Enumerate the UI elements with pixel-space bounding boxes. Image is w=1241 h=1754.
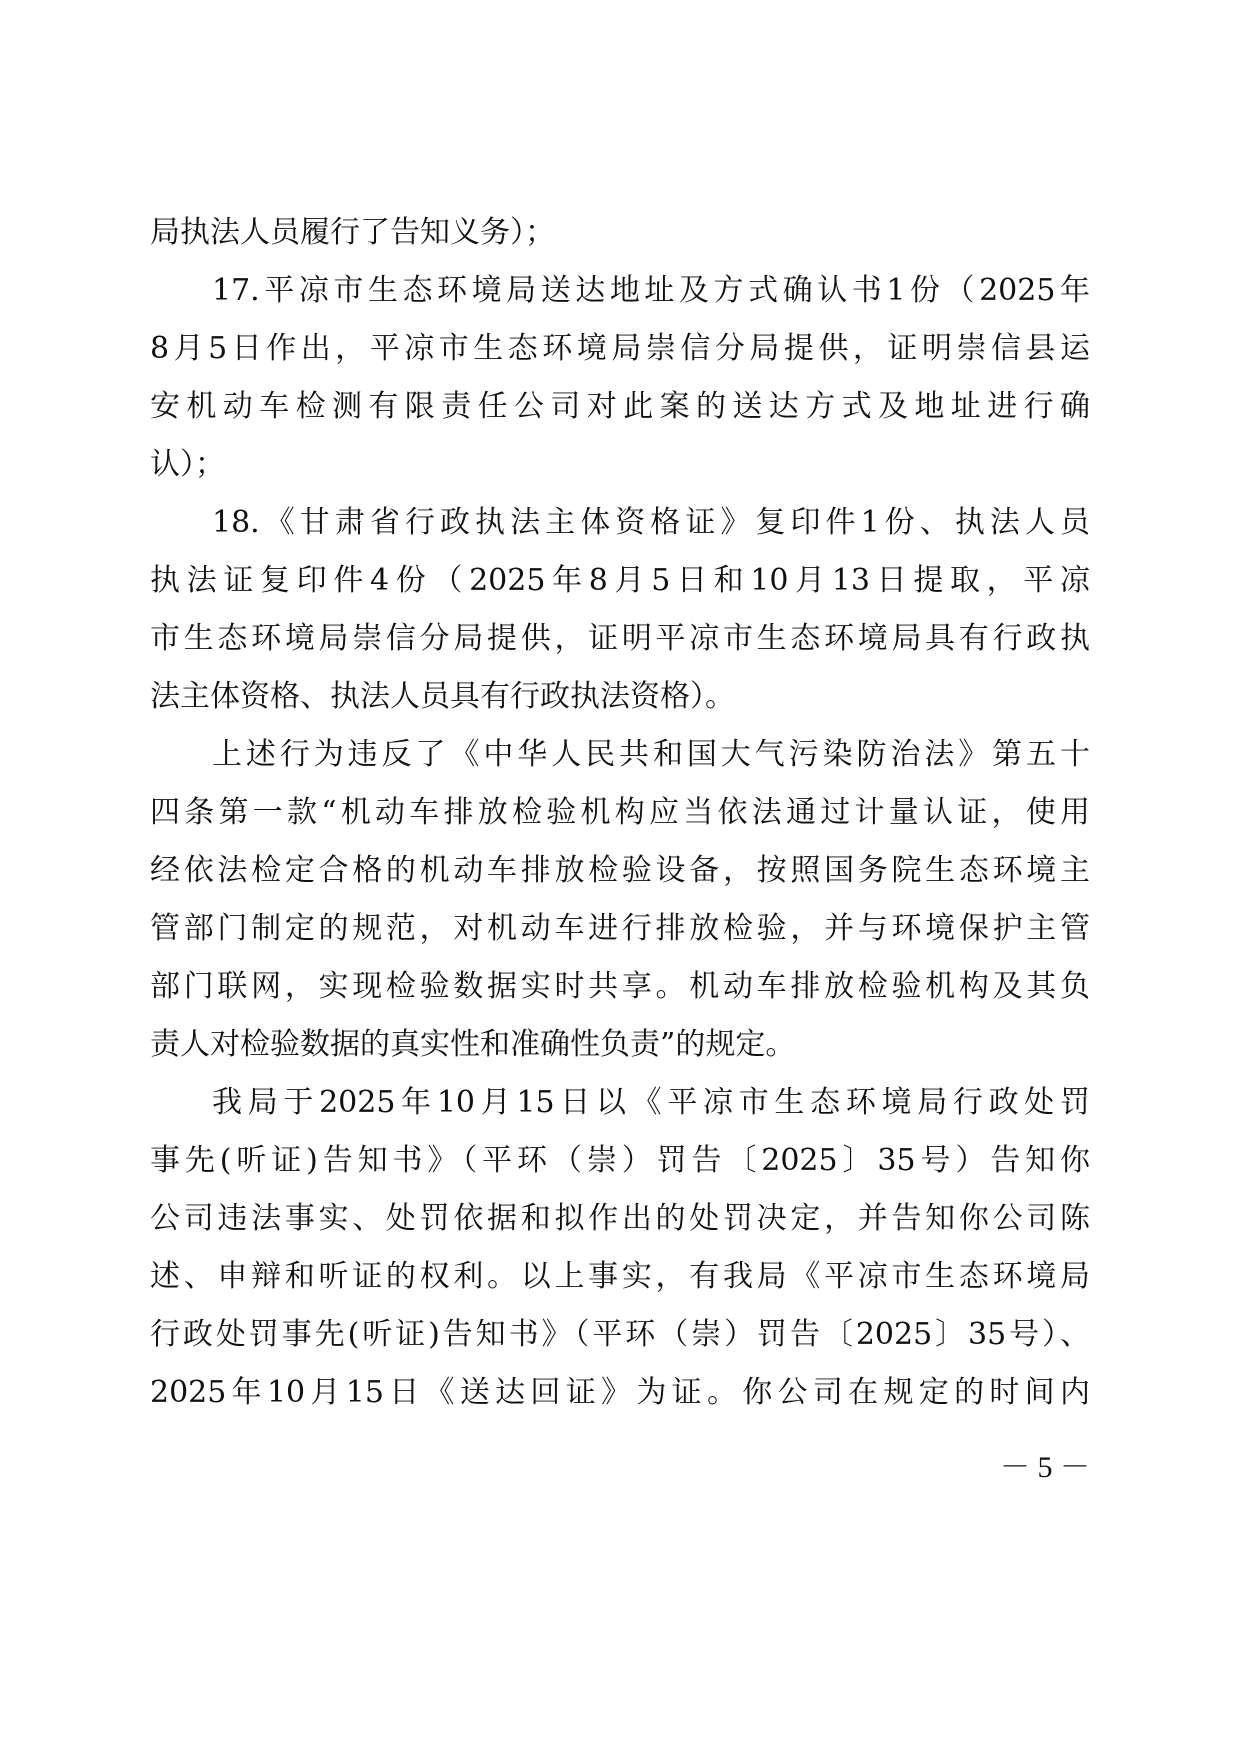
evidence-item-17-line: 17.平凉市生态环境局送达地址及方式确认书1份（2025年 — [212, 266, 1090, 316]
violation-paragraph-line: 责人对检验数据的真实性和准确性负责”的规定。 — [150, 1020, 1090, 1070]
evidence-item-18-line: 18.《甘肃省行政执法主体资格证》复印件1份、执法人员 — [212, 498, 1090, 548]
notice-paragraph-line: 述、申辩和听证的权利。以上事实，有我局《平凉市生态环境局 — [150, 1252, 1090, 1302]
notice-paragraph-line: 公司违法事实、处罚依据和拟作出的处罚决定，并告知你公司陈 — [150, 1194, 1090, 1244]
evidence-item-18-line: 执法证复印件4份（2025年8月5日和10月13日提取，平凉 — [150, 556, 1090, 606]
page-number: － 5 － — [1000, 1448, 1100, 1488]
violation-paragraph-line: 四条第一款“机动车排放检验机构应当依法通过计量认证，使用 — [150, 788, 1090, 838]
notice-paragraph-line: 2025年10月15日《送达回证》为证。你公司在规定的时间内 — [150, 1368, 1090, 1418]
evidence-item-17-line: 认）； — [150, 440, 1090, 490]
notice-paragraph-line: 事先(听证)告知书》（平环（崇）罚告〔2025〕35号）告知你 — [150, 1136, 1090, 1186]
violation-paragraph-line: 上述行为违反了《中华人民共和国大气污染防治法》第五十 — [212, 730, 1090, 780]
violation-paragraph-line: 经依法检定合格的机动车排放检验设备，按照国务院生态环境主 — [150, 846, 1090, 896]
evidence-item-17-line: 8月5日作出，平凉市生态环境局崇信分局提供，证明崇信县运 — [150, 324, 1090, 374]
notice-paragraph-line: 行政处罚事先(听证)告知书》（平环（崇）罚告〔2025〕35号）、 — [150, 1310, 1090, 1360]
evidence-item-17-line: 安机动车检测有限责任公司对此案的送达方式及地址进行确 — [150, 382, 1090, 432]
paragraph-line: 局执法人员履行了告知义务）； — [150, 208, 1090, 258]
document-page: 局执法人员履行了告知义务）； 17.平凉市生态环境局送达地址及方式确认书1份（2… — [0, 0, 1241, 1754]
evidence-item-18-line: 法主体资格、执法人员具有行政执法资格）。 — [150, 672, 1090, 722]
violation-paragraph-line: 部门联网，实现检验数据实时共享。机动车排放检验机构及其负 — [150, 962, 1090, 1012]
evidence-item-18-line: 市生态环境局崇信分局提供，证明平凉市生态环境局具有行政执 — [150, 614, 1090, 664]
notice-paragraph-line: 我局于2025年10月15日以《平凉市生态环境局行政处罚 — [212, 1078, 1090, 1128]
violation-paragraph-line: 管部门制定的规范，对机动车进行排放检验，并与环境保护主管 — [150, 904, 1090, 954]
